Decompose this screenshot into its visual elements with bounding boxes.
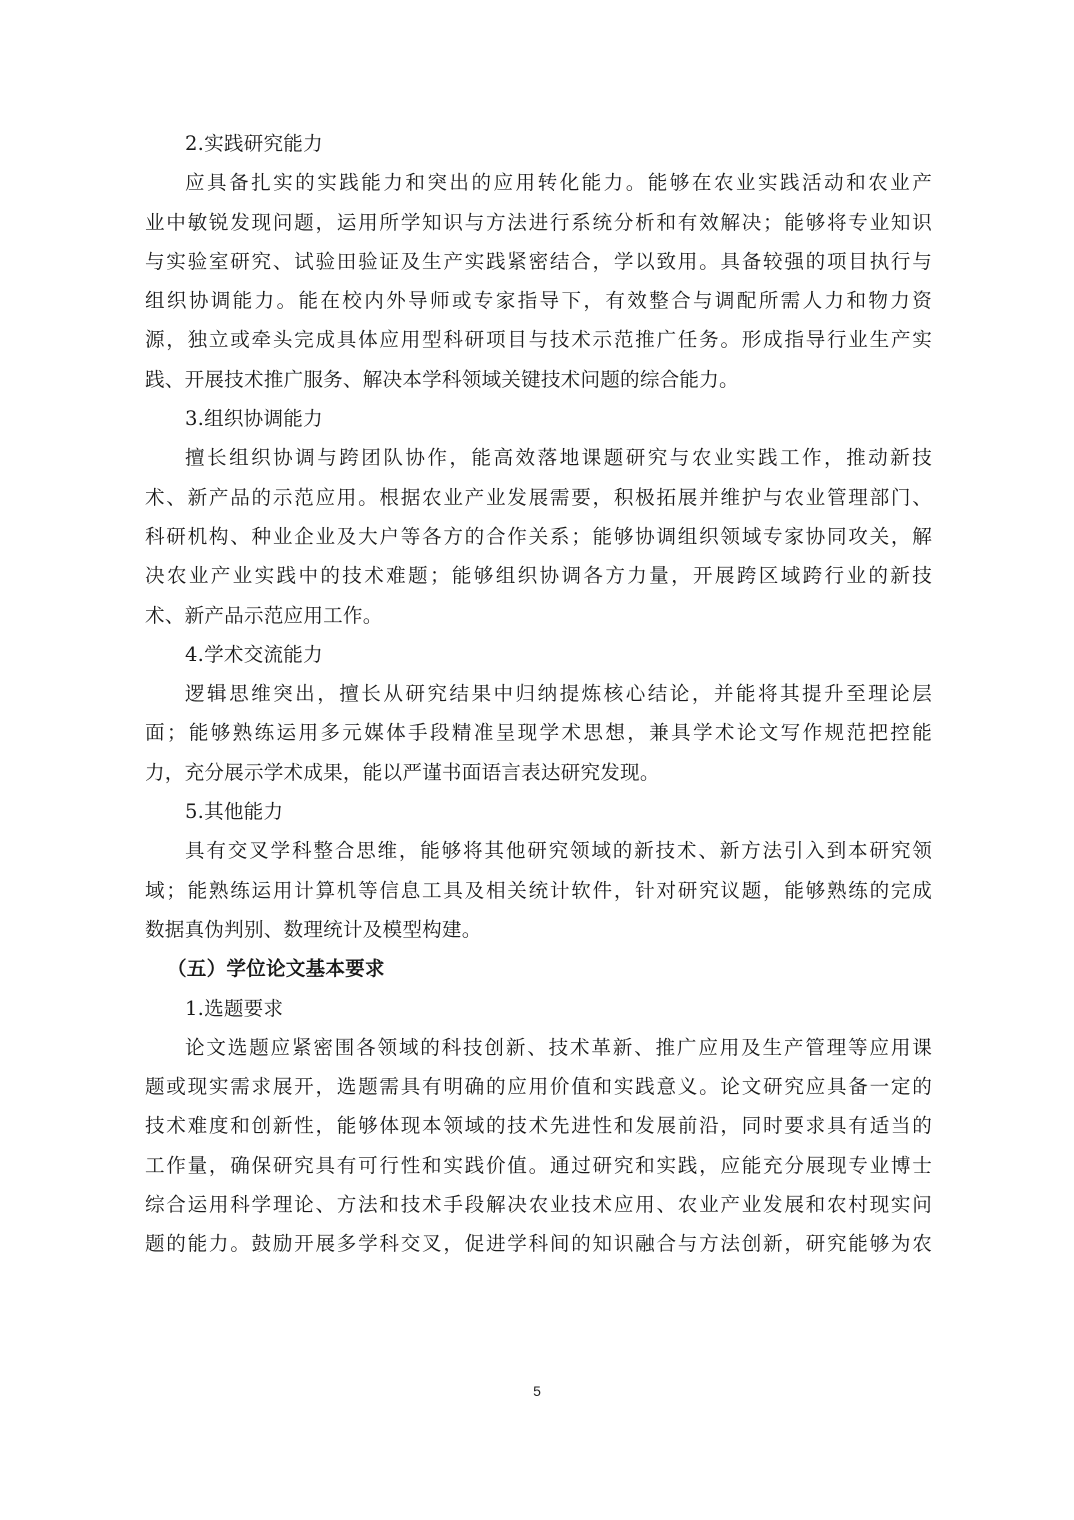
- paragraph-line: 践、开展技术推广服务、解决本学科领域关键技术问题的综合能力。: [145, 360, 932, 399]
- paragraph-line: 论文选题应紧密围各领域的科技创新、技术革新、推广应用及生产管理等应用课: [145, 1028, 932, 1067]
- section-heading-academic-exchange: 4.学术交流能力: [145, 635, 932, 674]
- section-heading-practice: 2.实践研究能力: [145, 124, 932, 163]
- paragraph-line: 术、新产品的示范应用。根据农业产业发展需要，积极拓展并维护与农业管理部门、: [145, 478, 932, 517]
- paragraph-line: 面；能够熟练运用多元媒体手段精准呈现学术思想，兼具学术论文写作规范把控能: [145, 713, 932, 752]
- paragraph-line: 源，独立或牵头完成具体应用型科研项目与技术示范推广任务。形成指导行业生产实: [145, 320, 932, 359]
- paragraph-line: 综合运用科学理论、方法和技术手段解决农业技术应用、农业产业发展和农村现实问: [145, 1185, 932, 1224]
- section-heading-other: 5.其他能力: [145, 792, 932, 831]
- paragraph-line: 数据真伪判别、数理统计及模型构建。: [145, 910, 932, 949]
- paragraph-line: 术、新产品示范应用工作。: [145, 596, 932, 635]
- paragraph-line: 组织协调能力。能在校内外导师或专家指导下，有效整合与调配所需人力和物力资: [145, 281, 932, 320]
- major-heading-thesis-requirements: （五）学位论文基本要求: [145, 949, 932, 988]
- subsection-heading-topic: 1.选题要求: [145, 989, 932, 1028]
- paragraph-line: 力，充分展示学术成果，能以严谨书面语言表达研究发现。: [145, 753, 932, 792]
- paragraph-line: 题的能力。鼓励开展多学科交叉，促进学科间的知识融合与方法创新，研究能够为农: [145, 1224, 932, 1263]
- paragraph-line: 科研机构、种业企业及大户等各方的合作关系；能够协调组织领域专家协同攻关，解: [145, 517, 932, 556]
- document-page: 2.实践研究能力 应具备扎实的实践能力和突出的应用转化能力。能够在农业实践活动和…: [145, 124, 932, 1264]
- section-heading-coordination: 3.组织协调能力: [145, 399, 932, 438]
- paragraph-line: 与实验室研究、试验田验证及生产实践紧密结合，学以致用。具备较强的项目执行与: [145, 242, 932, 281]
- paragraph-line: 题或现实需求展开，选题需具有明确的应用价值和实践意义。论文研究应具备一定的: [145, 1067, 932, 1106]
- paragraph-line: 具有交叉学科整合思维，能够将其他研究领域的新技术、新方法引入到本研究领: [145, 831, 932, 870]
- paragraph-line: 业中敏锐发现问题，运用所学知识与方法进行系统分析和有效解决；能够将专业知识: [145, 203, 932, 242]
- paragraph-line: 工作量，确保研究具有可行性和实践价值。通过研究和实践，应能充分展现专业博士: [145, 1146, 932, 1185]
- page-number: 5: [0, 1383, 1074, 1399]
- paragraph-line: 域；能熟练运用计算机等信息工具及相关统计软件，针对研究议题，能够熟练的完成: [145, 871, 932, 910]
- paragraph-line: 擅长组织协调与跨团队协作，能高效落地课题研究与农业实践工作，推动新技: [145, 438, 932, 477]
- paragraph-line: 技术难度和创新性，能够体现本领域的技术先进性和发展前沿，同时要求具有适当的: [145, 1106, 932, 1145]
- paragraph-line: 应具备扎实的实践能力和突出的应用转化能力。能够在农业实践活动和农业产: [145, 163, 932, 202]
- paragraph-line: 决农业产业实践中的技术难题；能够组织协调各方力量，开展跨区域跨行业的新技: [145, 556, 932, 595]
- paragraph-line: 逻辑思维突出，擅长从研究结果中归纳提炼核心结论，并能将其提升至理论层: [145, 674, 932, 713]
